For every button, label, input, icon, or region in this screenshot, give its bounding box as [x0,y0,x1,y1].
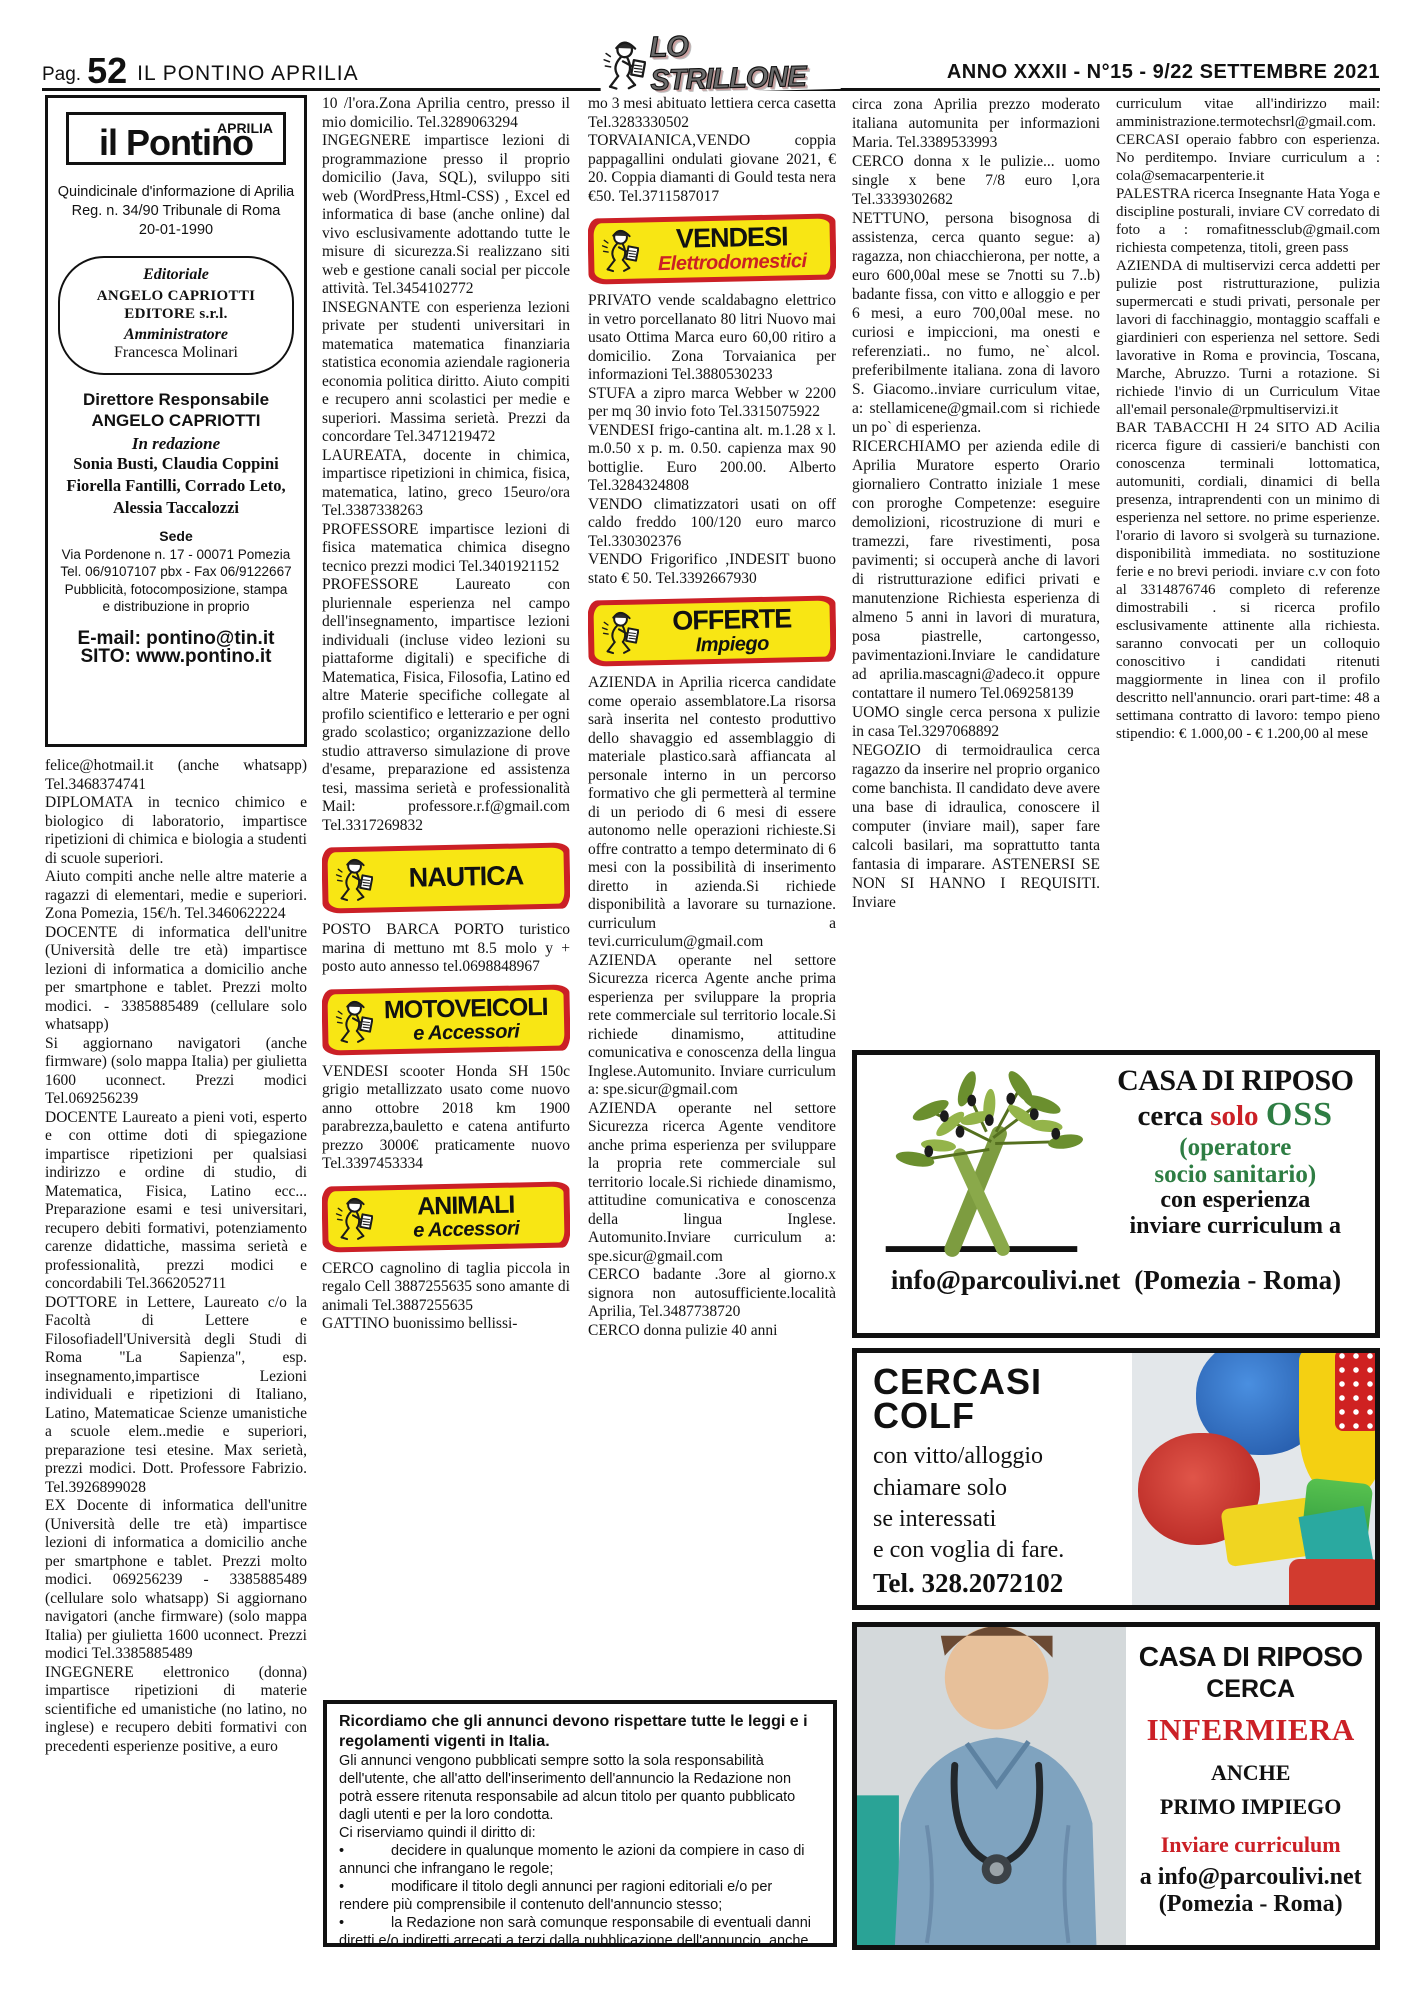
director-name: ANGELO CAPRIOTTI [56,410,296,431]
infermiera-anche: ANCHE [1126,1760,1375,1786]
column-1: APRILIA il Pontino Quindicinale d'inform… [45,95,307,1970]
cleaning-supplies-photo [1132,1353,1375,1605]
classified-ad: STUFA a zipro marca Webber w 2200 per mq… [588,385,836,422]
colf-title-2: COLF [873,1399,1132,1433]
classified-ad: Aiuto compiti anche nelle altre materie … [45,868,307,924]
classified-ad: LAUREATA, docente in chimica, impartisce… [322,447,570,521]
masthead-subtitle-1: Quindicinale d'informazione di Aprilia [56,183,296,202]
newsboy-icon [333,855,374,906]
sede-phone: Tel. 06/9107107 pbx - Fax 06/9122667 [56,563,296,581]
classifieds-col1: felice@hotmail.it (anche whatsapp) Tel.3… [45,757,307,1756]
classifieds-animali: CERCO cagnolino di taglia piccola in reg… [322,1260,570,1334]
oss-email: info@parcoulivi.net [891,1265,1120,1295]
masthead-title: il Pontino [79,134,273,153]
bullet-icon: • [339,1914,391,1932]
sede-services: Pubblicità, fotocomposizione, stampa [56,581,296,599]
publisher-name: ANGELO CAPRIOTTI EDITORE s.r.l. [64,287,288,324]
newsboy-icon [599,38,646,93]
classified-ad: GATTINO buonissimo bellissi- [322,1315,570,1334]
infermiera-email: a info@parcoulivi.net [1126,1864,1375,1891]
banner-title: ANIMALI [373,1191,559,1220]
classified-ad: VENDO Frigorifico ,INDESIT buono stato €… [588,551,836,588]
classified-ad: AZIENDA operante nel settore Sicurezza r… [588,1100,836,1267]
classified-ad: DIPLOMATA in tecnico chimico e biologico… [45,794,307,868]
newsboy-icon [333,1193,374,1244]
classified-ad: DOCENTE di informatica dell'unitre (Univ… [45,924,307,1035]
classified-ad: DOCENTE Laureato a pieni voti, esperto e… [45,1109,307,1294]
director-label: Direttore Responsabile [56,389,296,410]
infermiera-headline: CASA DI RIPOSO [1126,1641,1375,1673]
oss-role-line: cerca solo OSS [1096,1097,1375,1134]
redazione-name: Fiorella Fantilli, Corrado Leto, [56,475,296,497]
classified-ad: PRIVATO vende scaldabagno elettrico in v… [588,292,836,385]
classifieds-offerte: AZIENDA in Aprilia ricerca candidate com… [588,674,836,1340]
oss-esperienza: con esperienza [1096,1188,1375,1214]
editorial-label: Editoriale [64,266,288,285]
oss-contact-line: info@parcoulivi.net(Pomezia - Roma) [857,1265,1375,1296]
section-banner-motoveicoli: MOTOVEICOLI e Accessori [322,984,570,1055]
classifieds-nautica: POSTO BARCA PORTO turistico marina di me… [322,921,570,977]
classified-ad: EX Docente di informatica dell'unitre (U… [45,1497,307,1664]
disclaimer-bullet-text: decidere in qualunque momento le azioni … [339,1843,805,1877]
classified-ad: AZIENDA operante nel settore Sicurezza r… [588,952,836,1100]
classified-ad: PROFESSORE Laureato con pluriennale espe… [322,576,570,835]
newsboy-icon [333,996,374,1047]
banner-title: MOTOVEICOLI [373,994,559,1023]
infermiera-inviare: Inviare curriculum [1126,1832,1375,1858]
classifieds-col3-top: mo 3 mesi abituato lettiera cerca casett… [588,95,836,206]
classified-ad: felice@hotmail.it (anche whatsapp) Tel.3… [45,757,307,794]
colf-line: con vitto/alloggio [873,1441,1132,1472]
classified-ad: TORVAIANICA,VENDO coppia pappagallini on… [588,132,836,206]
classified-ad: AZIENDA di multiservizi cerca addetti pe… [1116,257,1380,419]
classified-ad: mo 3 mesi abituato lettiera cerca casett… [588,95,836,132]
polka-dot-cuff-shape [1335,1353,1375,1431]
classified-ad: curriculum vitae all'indirizzo mail: amm… [1116,95,1380,131]
masthead-title-box: APRILIA il Pontino [66,112,286,165]
classified-ad: CERCASI operaio fabbro con esperienza. N… [1116,131,1380,185]
bullet-icon: • [339,1842,391,1860]
classified-ad: Si aggiornano navigatori (anche firmware… [45,1035,307,1109]
classified-ad: 10 /l'ora.Zona Aprilia centro, presso il… [322,95,570,132]
classified-ad: INGEGNERE impartisce lezioni di programm… [322,132,570,299]
classified-ad: CERCO cagnolino di taglia piccola in reg… [322,1260,570,1316]
issue-info: ANNO XXXII - N°15 - 9/22 SETTEMBRE 2021 [947,61,1380,88]
classified-ad: BAR TABACCHI H 24 SITO AD Acilia ricerca… [1116,419,1380,743]
newsboy-icon [599,226,640,277]
ad-casa-di-riposo-oss: CASA DI RIPOSO cerca solo OSS (operatore… [852,1050,1380,1338]
disclaimer-bullet: •la Redazione non sarà comunque responsa… [339,1914,821,1947]
infermiera-location: (Pomezia - Roma) [1126,1891,1375,1918]
classified-ad: INSEGNANTE con esperienza lezioni privat… [322,299,570,447]
classified-ad: CERCO donna x le pulizie... uomo single … [852,152,1100,209]
classified-ad: circa zona Aprilia prezzo moderato itali… [852,95,1100,152]
disclaimer-bullet: •modificare il titolo degli annunci per … [339,1878,821,1914]
section-banner-nautica: NAUTICA [322,842,570,913]
colf-line: se interessati [873,1504,1132,1535]
colf-phone: Tel. 328.2072102 [873,1568,1132,1599]
banner-subtitle: Elettrodomestici [639,250,825,274]
redazione-label: In redazione [56,435,296,454]
logo-text: LO STRILLONE [649,27,841,98]
column-3: mo 3 mesi abituato lettiera cerca casett… [588,95,836,1695]
nurse-photo [857,1627,1126,1945]
bullet-icon: • [339,1878,391,1896]
classified-ad: CERCO badante .3ore al giorno.x signora … [588,1266,836,1322]
sede-label: Sede [56,527,296,546]
page-number: 52 [87,57,127,86]
oss-location: (Pomezia - Roma) [1134,1265,1341,1295]
classified-ad: NEGOZIO di termoidraulica cerca ragazzo … [852,741,1100,912]
colf-title-1: CERCASI [873,1365,1132,1399]
sede-address: Via Pordenone n. 17 - 00071 Pomezia [56,546,296,564]
disclaimer-bullet-text: la Redazione non sarà comunque responsab… [339,1915,811,1947]
classified-ad: PROFESSORE impartisce lezioni di fisica … [322,521,570,577]
olive-tree-illustration [857,1055,1096,1261]
classified-ad: UOMO single cerca persona x pulizie in c… [852,703,1100,741]
classifieds-col4: circa zona Aprilia prezzo moderato itali… [852,95,1100,912]
classified-ad: INGEGNERE elettronico (donna) impartisce… [45,1664,307,1757]
lo-strillone-logo: LO STRILLONE [599,31,840,95]
masthead-box: APRILIA il Pontino Quindicinale d'inform… [45,95,307,747]
oss-solo: solo [1210,1100,1266,1132]
masthead-subtitle-3: 20-01-1990 [56,221,296,240]
classified-ad: VENDESI scooter Honda SH 150c grigio met… [322,1063,570,1174]
masthead-site: SITO: www.pontino.it [56,648,296,667]
column-4: circa zona Aprilia prezzo moderato itali… [852,95,1100,1045]
classified-ad: NETTUNO, persona bisognosa di assistenza… [852,209,1100,437]
redazione-name: Alessia Taccalozzi [56,497,296,519]
classified-ad: PALESTRA ricerca Insegnante Hata Yoga e … [1116,185,1380,257]
infermiera-role: INFERMIERA [1126,1712,1375,1748]
classified-ad: RICERCHIAMO per azienda edile di Aprilia… [852,437,1100,703]
publisher-box: Editoriale ANGELO CAPRIOTTI EDITORE s.r.… [58,256,294,375]
page-number-block: Pag. 52 IL PONTINO APRILIA [42,57,359,88]
column-5: curriculum vitae all'indirizzo mail: amm… [1116,95,1380,1043]
disclaimer-intro: Gli annunci vengono pubblicati sempre so… [339,1752,821,1824]
admin-name: Francesca Molinari [64,344,288,363]
oss-ad-text: CASA DI RIPOSO cerca solo OSS (operatore… [1096,1055,1375,1261]
classifieds-col5: curriculum vitae all'indirizzo mail: amm… [1116,95,1380,743]
disclaimer-bullet: •decidere in qualunque momento le azioni… [339,1842,821,1878]
rules-disclaimer-box: Ricordiamo che gli annunci devono rispet… [323,1700,837,1947]
classified-ad: VENDO climatizzatori usati on off caldo … [588,496,836,552]
newspaper-page: Pag. 52 IL PONTINO APRILIA ANNO XXXII - … [0,0,1420,2000]
disclaimer-bullet-text: modificare il titolo degli annunci per r… [339,1879,772,1913]
classified-ad: DOTTORE in Lettere, Laureato c/o la Faco… [45,1294,307,1498]
oss-headline: CASA DI RIPOSO [1096,1065,1375,1097]
infermiera-ad-text: CASA DI RIPOSO CERCA INFERMIERA ANCHE PR… [1126,1627,1375,1945]
disclaimer-title: Ricordiamo che gli annunci devono rispet… [339,1712,821,1752]
ad-casa-di-riposo-infermiera: CASA DI RIPOSO CERCA INFERMIERA ANCHE PR… [852,1622,1380,1950]
classified-ad: POSTO BARCA PORTO turistico marina di me… [322,921,570,977]
infermiera-cerca: CERCA [1126,1675,1375,1704]
colf-line: chiamare solo [873,1473,1132,1504]
oss-inviare: inviare curriculum a [1096,1214,1375,1240]
banner-title: NAUTICA [373,862,560,893]
oss-socio-sanitario: socio sanitario) [1096,1161,1375,1188]
sede-services-2: e distribuzione in proprio [56,598,296,616]
red-bucket-shape [1289,1559,1375,1605]
banner-subtitle: e Accessori [373,1217,559,1241]
oss-operatore: (operatore [1096,1134,1375,1161]
banner-title: OFFERTE [639,605,826,636]
classified-ad: CERCO donna pulizie 40 anni [588,1322,836,1341]
classified-ad: VENDESI frigo-cantina alt. m.1.28 x l. m… [588,422,836,496]
oss-cerca: cerca [1138,1100,1211,1132]
page-label: Pag. [42,64,81,86]
classifieds-col2-top: 10 /l'ora.Zona Aprilia centro, presso il… [322,95,570,835]
disclaimer-reserve: Ci riserviamo quindi il diritto di: [339,1824,821,1842]
section-banner-offerte-impiego: OFFERTE Impiego [588,595,836,666]
colf-ad-text: CERCASI COLF con vitto/alloggio chiamare… [857,1353,1132,1605]
column-2: 10 /l'ora.Zona Aprilia centro, presso il… [322,95,570,1697]
section-banner-vendesi-elettrodomestici: VENDESI Elettrodomestici [588,213,836,284]
masthead-subtitle-2: Reg. n. 34/90 Tribunale di Roma [56,202,296,221]
banner-subtitle: Impiego [639,632,825,656]
admin-label: Amministratore [64,326,288,345]
section-banner-animali: ANIMALI e Accessori [322,1181,570,1252]
classifieds-motoveicoli: VENDESI scooter Honda SH 150c grigio met… [322,1063,570,1174]
newspaper-name: IL PONTINO APRILIA [133,62,358,86]
infermiera-primo-impiego: PRIMO IMPIEGO [1126,1794,1375,1820]
ad-cercasi-colf: CERCASI COLF con vitto/alloggio chiamare… [852,1348,1380,1610]
colf-line: e con voglia di fare. [873,1535,1132,1566]
newsboy-icon [599,608,640,659]
classified-ad: AZIENDA in Aprilia ricerca candidate com… [588,674,836,952]
classifieds-vendesi: PRIVATO vende scaldabagno elettrico in v… [588,292,836,588]
redazione-name: Sonia Busti, Claudia Coppini [56,453,296,475]
oss-role: OSS [1266,1096,1333,1133]
